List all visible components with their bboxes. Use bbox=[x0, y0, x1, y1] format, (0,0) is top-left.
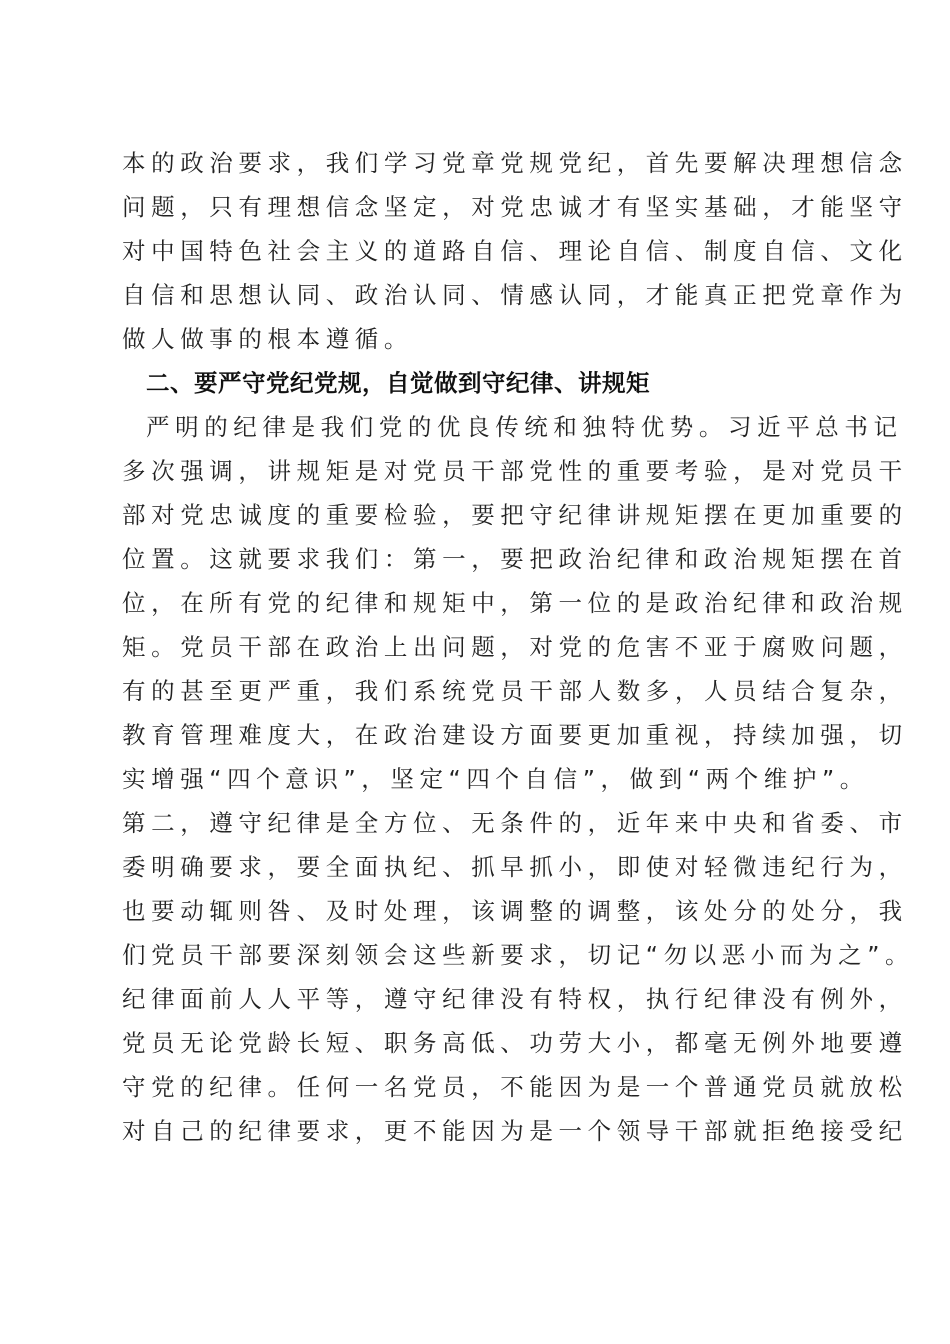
text-line: 纪律面前人人平等，遵守纪律没有特权，执行纪律没有例外， bbox=[122, 977, 842, 1021]
text-line: 守党的纪律。任何一名党员，不能因为是一个普通党员就放松 bbox=[122, 1065, 842, 1109]
text-line: 做人做事的根本遵循。 bbox=[122, 317, 842, 361]
text-line: 严明的纪律是我们党的优良传统和独特优势。习近平总书记 bbox=[122, 405, 842, 449]
text-line: 党员无论党龄长短、职务高低、功劳大小，都毫无例外地要遵 bbox=[122, 1021, 842, 1065]
text-line: 也要动辄则咎、及时处理，该调整的调整，该处分的处分，我 bbox=[122, 889, 842, 933]
document-page: 本的政治要求，我们学习党章党规党纪，首先要解决理想信念 问题，只有理想信念坚定，… bbox=[122, 141, 842, 1153]
text-line: 有的甚至更严重，我们系统党员干部人数多，人员结合复杂， bbox=[122, 669, 842, 713]
text-line: 位，在所有党的纪律和规矩中，第一位的是政治纪律和政治规 bbox=[122, 581, 842, 625]
text-line: 第二，遵守纪律是全方位、无条件的，近年来中央和省委、市 bbox=[122, 801, 842, 845]
section-heading-2: 二、要严守党纪党规，自觉做到守纪律、讲规矩 bbox=[122, 361, 842, 405]
text-line: 对中国特色社会主义的道路自信、理论自信、制度自信、文化 bbox=[122, 229, 842, 273]
text-line: 矩。党员干部在政治上出问题，对党的危害不亚于腐败问题， bbox=[122, 625, 842, 669]
text-line: 们党员干部要深刻领会这些新要求，切记“勿以恶小而为之”。 bbox=[122, 933, 842, 977]
paragraph-political-requirements: 本的政治要求，我们学习党章党规党纪，首先要解决理想信念 问题，只有理想信念坚定，… bbox=[122, 141, 842, 361]
paragraph-discipline: 严明的纪律是我们党的优良传统和独特优势。习近平总书记 多次强调，讲规矩是对党员干… bbox=[122, 405, 842, 1153]
text-line: 委明确要求，要全面执纪、抓早抓小，即使对轻微违纪行为， bbox=[122, 845, 842, 889]
text-line: 本的政治要求，我们学习党章党规党纪，首先要解决理想信念 bbox=[122, 141, 842, 185]
text-line: 部对党忠诚度的重要检验，要把守纪律讲规矩摆在更加重要的 bbox=[122, 493, 842, 537]
text-line: 问题，只有理想信念坚定，对党忠诚才有坚实基础，才能坚守 bbox=[122, 185, 842, 229]
text-line: 教育管理难度大，在政治建设方面要更加重视，持续加强，切 bbox=[122, 713, 842, 757]
text-line: 对自己的纪律要求，更不能因为是一个领导干部就拒绝接受纪 bbox=[122, 1109, 842, 1153]
text-line: 位置。这就要求我们：第一，要把政治纪律和政治规矩摆在首 bbox=[122, 537, 842, 581]
text-line: 实增强“四个意识”，坚定“四个自信”，做到“两个维护”。 bbox=[122, 757, 842, 801]
text-line: 多次强调，讲规矩是对党员干部党性的重要考验，是对党员干 bbox=[122, 449, 842, 493]
text-line: 自信和思想认同、政治认同、情感认同，才能真正把党章作为 bbox=[122, 273, 842, 317]
